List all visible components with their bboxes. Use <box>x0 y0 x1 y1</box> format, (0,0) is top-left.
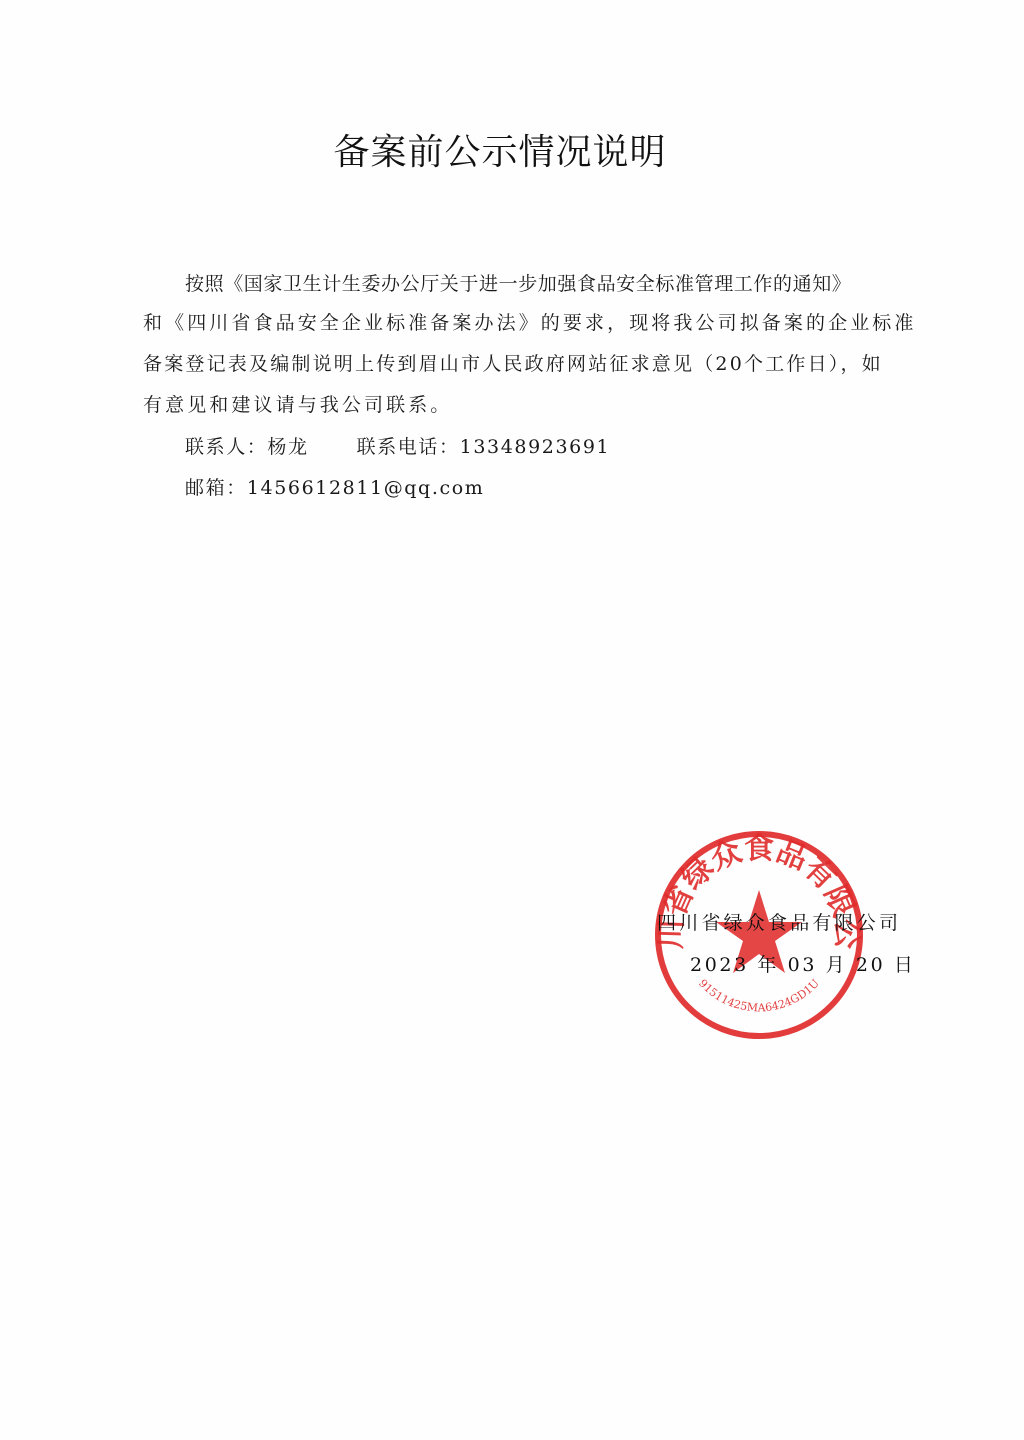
seal-icon: 四川省绿众食品有限公司 91511425MA6424GD1U <box>652 828 866 1042</box>
email-value: 1456612811@qq.com <box>247 476 485 500</box>
contact-person-label: 联系人： <box>185 435 267 459</box>
company-seal-stamp: 四川省绿众食品有限公司 91511425MA6424GD1U <box>652 828 866 1042</box>
signature-date: 2023 年 03 月 20 日 <box>690 950 916 977</box>
svg-text:91511425MA6424GD1U: 91511425MA6424GD1U <box>696 977 822 1015</box>
paragraph-line-1: 按照《国家卫生计生委办公厅关于进一步加强食品安全标准管理工作的通知》 <box>185 272 930 296</box>
email-label: 邮箱： <box>185 476 247 500</box>
contact-person-value: 杨龙 <box>267 435 308 459</box>
paragraph-line-4: 有意见和建议请与我公司联系。 <box>143 393 888 417</box>
email-line: 邮箱：1456612811@qq.com <box>185 476 930 500</box>
contact-phone-label: 联系电话： <box>357 435 460 459</box>
document-title: 备案前公示情况说明 <box>0 124 1000 175</box>
paragraph-line-2: 和《四川省食品安全企业标准备案办法》的要求，现将我公司拟备案的企业标准 <box>143 311 888 335</box>
contact-phone-value: 13348923691 <box>460 435 611 459</box>
signature-company: 四川省绿众食品有限公司 <box>657 908 901 935</box>
document-page: 备案前公示情况说明 按照《国家卫生计生委办公厅关于进一步加强食品安全标准管理工作… <box>0 0 1024 1440</box>
seal-registration-code: 91511425MA6424GD1U <box>696 977 822 1015</box>
contact-line: 联系人：杨龙联系电话：13348923691 <box>185 435 930 459</box>
paragraph-line-3: 备案登记表及编制说明上传到眉山市人民政府网站征求意见（20个工作日），如 <box>143 352 888 376</box>
